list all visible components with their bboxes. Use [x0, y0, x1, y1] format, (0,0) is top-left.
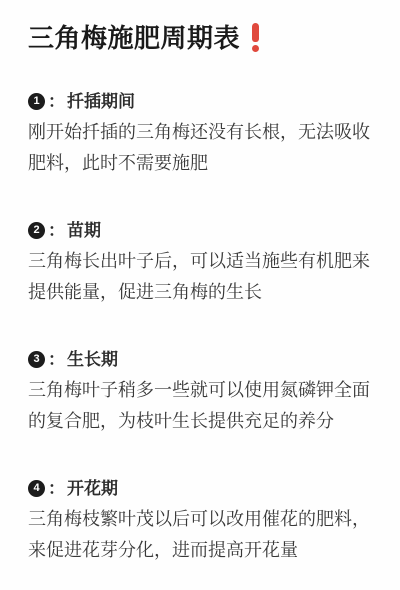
section-cutting-period: 1 ： 扦插期间 刚开始扦插的三角梅还没有长根，无法吸收 肥料，此时不需要施肥 — [28, 86, 372, 179]
exclamation-bar — [252, 23, 259, 42]
heading-separator: ： — [48, 473, 65, 504]
section-heading: 1 ： 扦插期间 — [28, 86, 372, 117]
section-growth-period: 3 ： 生长期 三角梅叶子稍多一些就可以使用氮磷钾全面 的复合肥，为枝叶生长提供… — [28, 344, 372, 437]
note-page: 三角梅施肥周期表 1 ： 扦插期间 刚开始扦插的三角梅还没有长根，无法吸收 肥料… — [0, 0, 400, 590]
section-body-line: 肥料，此时不需要施肥 — [28, 148, 372, 179]
section-label: 苗期 — [67, 215, 101, 246]
section-label: 生长期 — [67, 344, 118, 375]
section-body-line: 来促进花芽分化，进而提高开花量 — [28, 535, 372, 566]
section-body-line: 刚开始扦插的三角梅还没有长根，无法吸收 — [28, 117, 372, 148]
heavy-exclamation-icon — [247, 23, 263, 53]
section-label: 开花期 — [67, 473, 118, 504]
exclamation-dot — [252, 45, 259, 52]
section-heading: 4 ： 开花期 — [28, 473, 372, 504]
section-body-line: 提供能量，促进三角梅的生长 — [28, 277, 372, 308]
heading-separator: ： — [48, 215, 65, 246]
section-body-line: 三角梅枝繁叶茂以后可以改用催花的肥料， — [28, 504, 372, 535]
heading-separator: ： — [48, 344, 65, 375]
section-body-line: 的复合肥，为枝叶生长提供充足的养分 — [28, 406, 372, 437]
section-body-line: 三角梅长出叶子后，可以适当施些有机肥来 — [28, 246, 372, 277]
circled-number-four-icon: 4 — [28, 480, 45, 497]
section-heading: 2 ： 苗期 — [28, 215, 372, 246]
circled-number-two-icon: 2 — [28, 222, 45, 239]
circled-number-one-icon: 1 — [28, 93, 45, 110]
heading-separator: ： — [48, 86, 65, 117]
section-heading: 3 ： 生长期 — [28, 344, 372, 375]
section-seedling-period: 2 ： 苗期 三角梅长出叶子后，可以适当施些有机肥来 提供能量，促进三角梅的生长 — [28, 215, 372, 308]
page-title: 三角梅施肥周期表 — [28, 18, 372, 58]
circled-number-three-icon: 3 — [28, 351, 45, 368]
section-body-line: 三角梅叶子稍多一些就可以使用氮磷钾全面 — [28, 375, 372, 406]
section-flowering-period: 4 ： 开花期 三角梅枝繁叶茂以后可以改用催花的肥料， 来促进花芽分化，进而提高… — [28, 473, 372, 566]
section-label: 扦插期间 — [67, 86, 135, 117]
page-title-text: 三角梅施肥周期表 — [28, 18, 240, 58]
